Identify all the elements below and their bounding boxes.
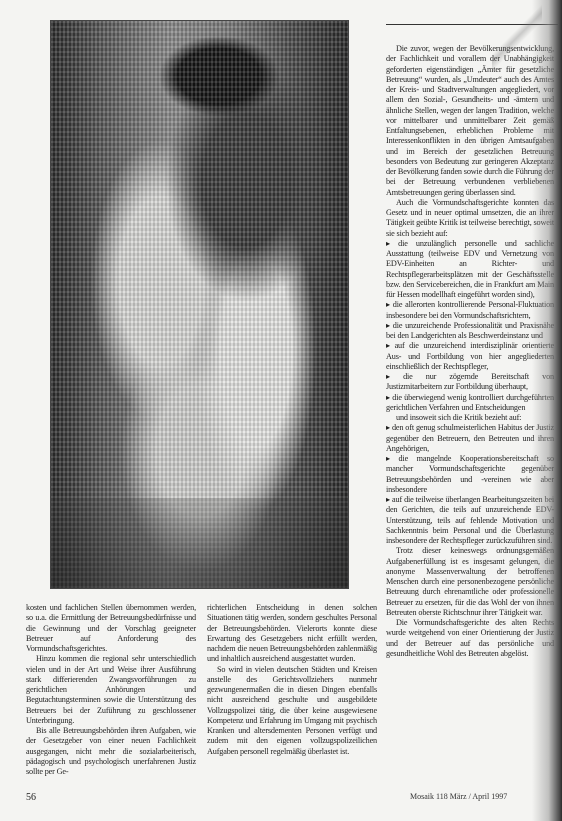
left-column-text: kosten und fachlichen Stellen übernommen… (26, 603, 196, 777)
bullet-item: auf die unzureichend interdisziplinär or… (386, 341, 554, 372)
paragraph: und insoweit sich die Kritik bezieht auf… (386, 413, 554, 423)
paragraph: Die zuvor, wegen der Bevölkerungsentwick… (386, 44, 554, 198)
header-rule (386, 24, 558, 25)
paragraph: kosten und fachlichen Stellen übernommen… (26, 603, 196, 654)
bullet-item: die nur zögernde Bereitschaft von Justiz… (386, 372, 554, 393)
bullet-item: den oft genug schulmeisterlichen Habitus… (386, 423, 554, 454)
paragraph: richterlichen Entscheidung in denen solc… (207, 603, 377, 665)
bullet-item: auf die teilweise überlangen Bearbeitung… (386, 495, 554, 546)
paragraph: So wird in vielen deutschen Städten und … (207, 665, 377, 757)
bullet-item: die unzureichende Professionalität und P… (386, 321, 554, 342)
paragraph: Auch die Vormundschaftsgerichte konnten … (386, 198, 554, 239)
bullet-item: die mangelnde Kooperationsbereitschaft s… (386, 454, 554, 495)
paragraph: Hinzu kommen die regional sehr unterschi… (26, 654, 196, 726)
bullet-item: die allerorten kontrollierende Personal-… (386, 300, 554, 321)
paragraph: Bis alle Betreuungsbehörden ihren Aufgab… (26, 726, 196, 777)
page-number: 56 (26, 792, 36, 803)
photo-elderly-couple-embracing (50, 20, 349, 589)
right-column-text: Die zuvor, wegen der Bevölkerungsentwick… (386, 44, 554, 659)
photo-floor-shadow (51, 498, 348, 588)
paragraph: Die Vormundschaftsgerichte des alten Rec… (386, 618, 554, 659)
middle-column-text: richterlichen Entscheidung in denen solc… (207, 603, 377, 757)
bullet-item: die unzulänglich personelle und sachlich… (386, 239, 554, 301)
footer-source: Mosaik 118 März / April 1997 (410, 792, 507, 801)
bullet-item: die überwiegend wenig kontrolliert durch… (386, 393, 554, 414)
paragraph: Trotz dieser keineswegs ordnungsgemäßen … (386, 546, 554, 618)
